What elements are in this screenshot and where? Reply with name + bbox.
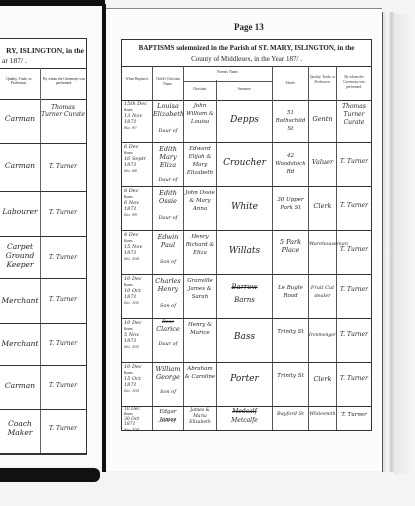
- register-entry-98: 6 Dec Born 16 Septr 1871 No. 98 Edith Ma…: [122, 142, 371, 187]
- left-header-by-whom: By whom the Ceremony was performed.: [42, 77, 86, 85]
- header-parents-christian: Christian.: [184, 87, 216, 92]
- left-entry-4: Carpet Ground Keeper T. Turner: [0, 236, 86, 279]
- page-number: Page 13: [234, 22, 264, 32]
- left-page-title: RY, ISLINGTON, in the ar 187/ .: [0, 46, 86, 66]
- register-title-line-2: County of Middlesex, in the Year 187/ .: [122, 54, 371, 65]
- register-entry-103: 10 Dec Born 15 Oct 1871 No. 103 William …: [122, 362, 371, 407]
- left-entry-8: Coach Maker T. Turner: [0, 409, 86, 454]
- register-entry-99: 8 Dec Born 6 Nov 1871 No. 99 Edith Ossie…: [122, 186, 371, 231]
- baptism-register-table: BAPTISMS solemnized in the Parish of ST.…: [121, 39, 372, 431]
- book-background: [394, 14, 415, 474]
- left-entry-1: Carman Thomas Turner Curate: [0, 98, 86, 144]
- left-entry-5: Merchant T. Turner: [0, 278, 86, 324]
- header-parents-name: Parents' Name.: [184, 70, 272, 75]
- register-title: BAPTISMS solemnized in the Parish of ST.…: [122, 43, 371, 65]
- left-page: RY, ISLINGTON, in the ar 187/ . Quality,…: [0, 6, 103, 466]
- left-entry-2: Carman T. Turner: [0, 143, 86, 192]
- left-entry-7: Carman T. Turner: [0, 365, 86, 410]
- left-column-headers: Quality, Trade, or Profession. By whom t…: [0, 68, 86, 100]
- register-column-headers: When Baptised. Child's Christian Name. P…: [122, 66, 371, 101]
- register-entry-102: 10 Dec Born 5 Nov 1871 No. 102 Rose Clar…: [122, 318, 371, 363]
- register-entry-104: 10 Dec Born 30 Oct 1871 No. 104 Edgar Ja…: [122, 406, 371, 429]
- register-entry-97: 15th Dec Born 13 Nov 1871 No. 97 Louisa …: [122, 99, 371, 143]
- header-quality: Quality, Trade, or Profession.: [309, 75, 336, 85]
- register-entry-101: 10 Dec Born 10 Oct 1871 No. 101 Charles …: [122, 274, 371, 319]
- left-header-quality: Quality, Trade, or Profession.: [0, 77, 38, 85]
- book-shadow-bottom: [0, 468, 100, 482]
- register-entry-100: 8 Dec Born 15 Nov 1871 No. 100 Edwin Pau…: [122, 230, 371, 275]
- header-abode: Abode.: [273, 81, 308, 86]
- left-entry-6: Merchant T. Turner: [0, 323, 86, 366]
- register-title-line-1: BAPTISMS solemnized in the Parish of ST.…: [122, 43, 371, 54]
- left-entry-3: Labourer T. Turner: [0, 191, 86, 237]
- header-by-whom: By whom the Ceremony was performed.: [337, 75, 371, 90]
- header-child-name: Child's Christian Name.: [153, 77, 183, 87]
- header-parents-divider: [184, 81, 272, 82]
- header-parents-surname: Surname.: [217, 87, 272, 92]
- header-when-baptised: When Baptised.: [122, 77, 152, 82]
